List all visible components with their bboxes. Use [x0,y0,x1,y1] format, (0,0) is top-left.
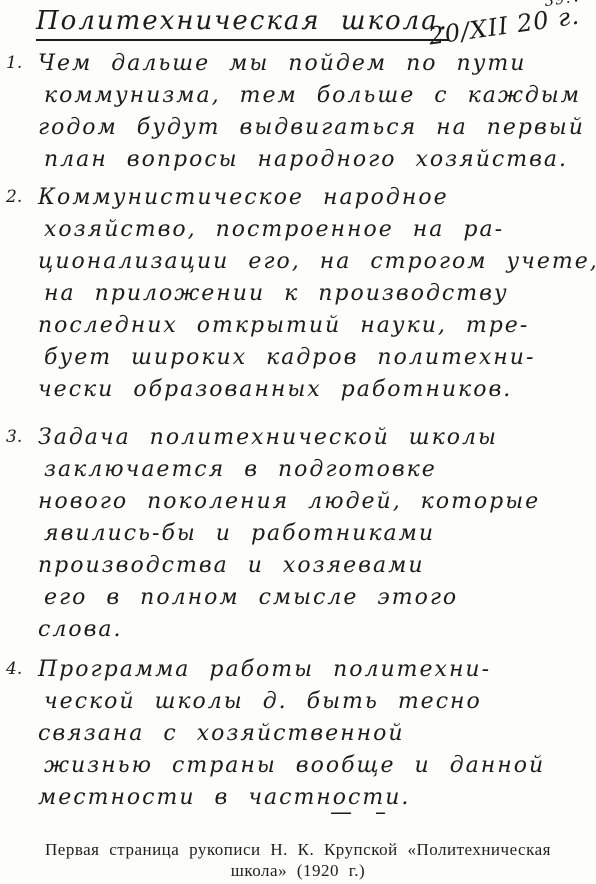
manuscript-title: Политехническая школа. [36,6,449,41]
date-block: 39.V 20/XII 20 г. [427,2,582,51]
paragraph-lines: Задача политехнической школы заключается… [38,422,592,646]
manuscript-scan-page: Политехническая школа. 39.V 20/XII 20 г.… [0,0,596,884]
paragraph-number: 4. [6,659,22,679]
manuscript-date: 20/XII 20 г. [427,2,582,51]
manuscript-line: ционализации его, на строгом учете, [38,246,592,278]
paragraph-number: 2. [6,187,22,207]
paragraph-lines: Чем дальше мы пойдем по пути коммунизма,… [38,48,592,176]
manuscript-line: жизнью страны вообще и данной [44,750,592,782]
caption: Первая страница рукописи Н. К. Крупской … [0,839,596,881]
end-flourish-dash: — – [330,800,394,825]
manuscript-line: Задача политехнической школы [38,422,592,454]
manuscript-line: последних открытий науки, тре- [38,310,592,342]
manuscript-paragraph-2: 2. Коммунистическое народное хозяйство, … [0,182,596,406]
paragraph-number: 1. [6,53,22,73]
caption-line-1: Первая страница рукописи Н. К. Крупской … [0,839,596,860]
manuscript-line: Чем дальше мы пойдем по пути [38,48,592,80]
manuscript-paragraph-1: 1. Чем дальше мы пойдем по пути коммуниз… [0,48,596,176]
manuscript-paragraph-3: 3. Задача политехнической школы заключае… [0,422,596,646]
caption-line-2: школа» (1920 г.) [0,860,596,881]
manuscript-line: коммунизма, тем больше с каждым [44,80,592,112]
manuscript-line: нового поколения людей, которые [38,486,592,518]
paragraph-number: 3. [6,427,22,447]
manuscript-line: заключается в подготовке [44,454,592,486]
manuscript-line: явились-бы и работниками [44,518,592,550]
manuscript-line: Коммунистическое народное [38,182,592,214]
manuscript-line: ческой школы д. быть тесно [44,686,592,718]
manuscript-line: его в полном смысле этого [44,582,592,614]
manuscript-line: связана с хозяйственной [38,718,592,750]
manuscript-line: на приложении к производству [44,278,592,310]
manuscript-line: слова. [38,614,592,646]
manuscript-line: Программа работы политехни- [38,654,592,686]
paragraph-lines: Программа работы политехни- ческой школы… [38,654,592,814]
manuscript-line: чески образованных работников. [38,374,592,406]
paragraph-lines: Коммунистическое народное хозяйство, пос… [38,182,592,406]
manuscript-line: местности в частности. [38,782,592,814]
manuscript-body: 1. Чем дальше мы пойдем по пути коммуниз… [0,48,596,814]
manuscript-line: годом будут выдвигаться на первый [38,112,592,144]
title-row: Политехническая школа. [36,6,449,36]
manuscript-line: хозяйство, построенное на ра- [44,214,592,246]
manuscript-line: производства и хозяевами [38,550,592,582]
manuscript-line: бует широких кадров политехни- [44,342,592,374]
manuscript-line: план вопросы народного хозяйства. [44,144,592,176]
manuscript-paragraph-4: 4. Программа работы политехни- ческой шк… [0,654,596,814]
